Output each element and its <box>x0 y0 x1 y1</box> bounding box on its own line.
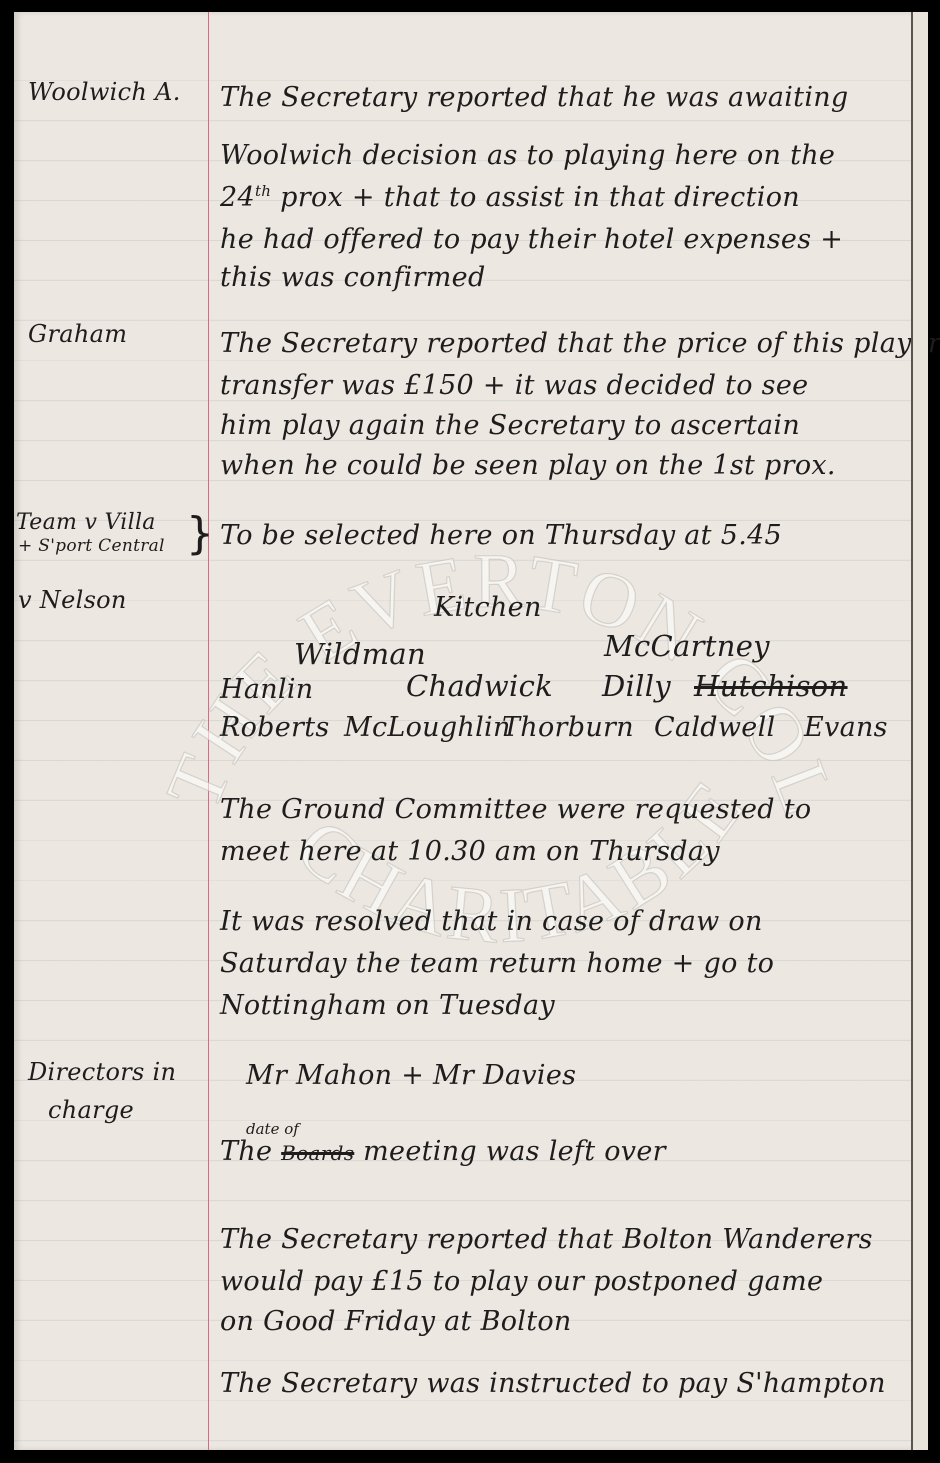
entry-line-start: The <box>220 1136 272 1167</box>
entry-line: on Good Friday at Bolton <box>220 1308 572 1335</box>
date-number: 24 <box>220 182 255 213</box>
team-half-left: Hanlin <box>220 676 314 703</box>
entry-line: would pay £15 to play our postponed game <box>220 1268 823 1295</box>
entry-line: transfer was £150 + it was decided to se… <box>220 372 808 399</box>
team-goalkeeper: Kitchen <box>434 594 542 621</box>
entry-line-end: meeting was left over <box>363 1136 666 1167</box>
page-edge-strip <box>911 12 928 1450</box>
entry-line: The Ground Committee were requested to <box>220 796 811 823</box>
side-heading-directors: Directors in <box>28 1060 176 1084</box>
team-half-centre: Chadwick <box>406 672 553 701</box>
team-back-left: Wildman <box>294 640 426 669</box>
team-back-right: McCartney <box>604 632 770 661</box>
team-forward: Roberts <box>220 714 330 741</box>
ledger-page: THE EVERTON COLLECTION CHARITABLE TRUST … <box>14 12 911 1450</box>
entry-line: The Secretary reported that Bolton Wande… <box>220 1226 873 1253</box>
side-heading-graham: Graham <box>28 322 127 346</box>
entry-line: Woolwich decision as to playing here on … <box>220 142 835 169</box>
entry-line: when he could be seen play on the 1st pr… <box>220 452 836 479</box>
entry-line: this was confirmed <box>220 264 486 291</box>
team-forward: Caldwell <box>654 714 775 741</box>
entry-line: The Boards meeting was left over <box>220 1138 666 1165</box>
entry-line: The Secretary was instructed to pay S'ha… <box>220 1370 886 1397</box>
entry-line: The Secretary reported that the price of… <box>220 330 940 357</box>
entry-line: him play again the Secretary to ascertai… <box>220 412 800 439</box>
date-ordinal: th <box>255 182 271 200</box>
entry-line: To be selected here on Thursday at 5.45 <box>220 522 782 549</box>
side-heading-woolwich: Woolwich A. <box>28 80 181 104</box>
margin-rule <box>208 12 209 1450</box>
entry-line: The Secretary reported that he was await… <box>220 84 849 111</box>
team-half-struck-name: Hutchison <box>694 672 848 701</box>
team-forward: McLoughlin <box>344 714 511 741</box>
team-half-right: Dilly <box>602 672 671 701</box>
entry-line: 24th prox + that to assist in that direc… <box>220 184 800 211</box>
entry-line-text: prox + that to assist in that direction <box>280 182 800 213</box>
entry-line: It was resolved that in case of draw on <box>220 908 763 935</box>
entry-line: meet here at 10.30 am on Thursday <box>220 838 720 865</box>
entry-line: Nottingham on Tuesday <box>220 992 555 1019</box>
side-heading-team-v-villa: Team v Villa <box>16 512 156 534</box>
side-heading-charge: charge <box>48 1098 134 1122</box>
entry-line: he had offered to pay their hotel expens… <box>220 226 843 253</box>
side-heading-sport-central: + S'port Central <box>18 538 165 555</box>
side-heading-v-nelson: v Nelson <box>18 588 127 612</box>
brace-icon: } <box>186 508 214 559</box>
entry-line: Saturday the team return home + go to <box>220 950 774 977</box>
team-forward: Thorburn <box>502 714 634 741</box>
struck-word: Boards <box>281 1141 354 1165</box>
entry-line: Mr Mahon + Mr Davies <box>246 1062 576 1089</box>
team-forward: Evans <box>804 714 888 741</box>
